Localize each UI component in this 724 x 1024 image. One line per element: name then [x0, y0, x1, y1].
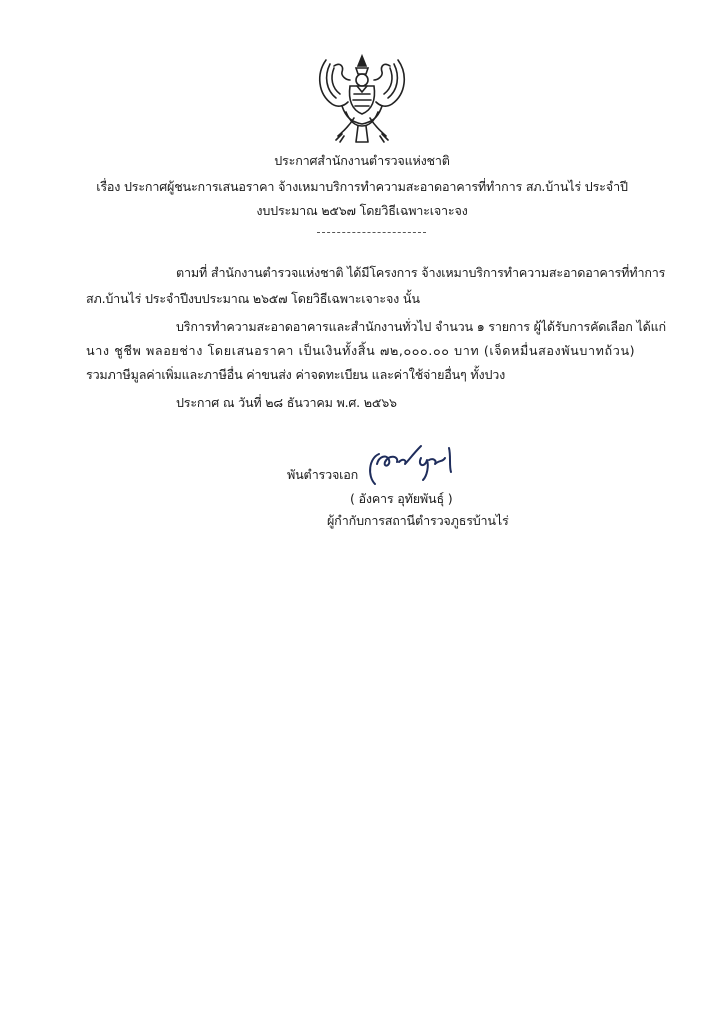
para2-line1: บริการทำความสะอาดอาคารและสำนักงานทั่วไป … — [176, 318, 666, 336]
subject-line-2: งบประมาณ ๒๕๖๗ โดยวิธีเฉพาะเจาะจง — [0, 202, 724, 220]
signer-rank: พันตำรวจเอก — [287, 466, 358, 484]
subject-line-1: เรื่อง ประกาศผู้ชนะการเสนอราคา จ้างเหมาบ… — [0, 178, 724, 196]
document-page: ประกาศสำนักงานตำรวจแห่งชาติ เรื่อง ประกา… — [0, 0, 724, 1024]
signature-icon — [365, 442, 480, 490]
para2-line3: รวมภาษีมูลค่าเพิ่มและภาษีอื่น ค่าขนส่ง ค… — [86, 366, 505, 384]
para1-line2: สภ.บ้านไร่ ประจำปีงบประมาณ ๒๖๕๗ โดยวิธีเ… — [86, 290, 420, 308]
announcement-date: ประกาศ ณ วันที่ ๒๘ ธันวาคม พ.ศ. ๒๕๖๖ — [176, 394, 397, 412]
para1-line1: ตามที่ สำนักงานตำรวจแห่งชาติ ได้มีโครงกา… — [176, 264, 665, 282]
separator — [317, 232, 426, 233]
announcement-title: ประกาศสำนักงานตำรวจแห่งชาติ — [0, 152, 724, 170]
para2-line2: นาง ชูชีพ พลอยช่าง โดยเสนอราคา เป็นเงินท… — [86, 342, 635, 360]
garuda-emblem-icon — [312, 52, 412, 148]
signer-position: ผู้กำกับการสถานีตำรวจภูธรบ้านไร่ — [327, 512, 509, 530]
signer-name: ( อังคาร อุทัยพันธุ์ ) — [350, 490, 452, 508]
